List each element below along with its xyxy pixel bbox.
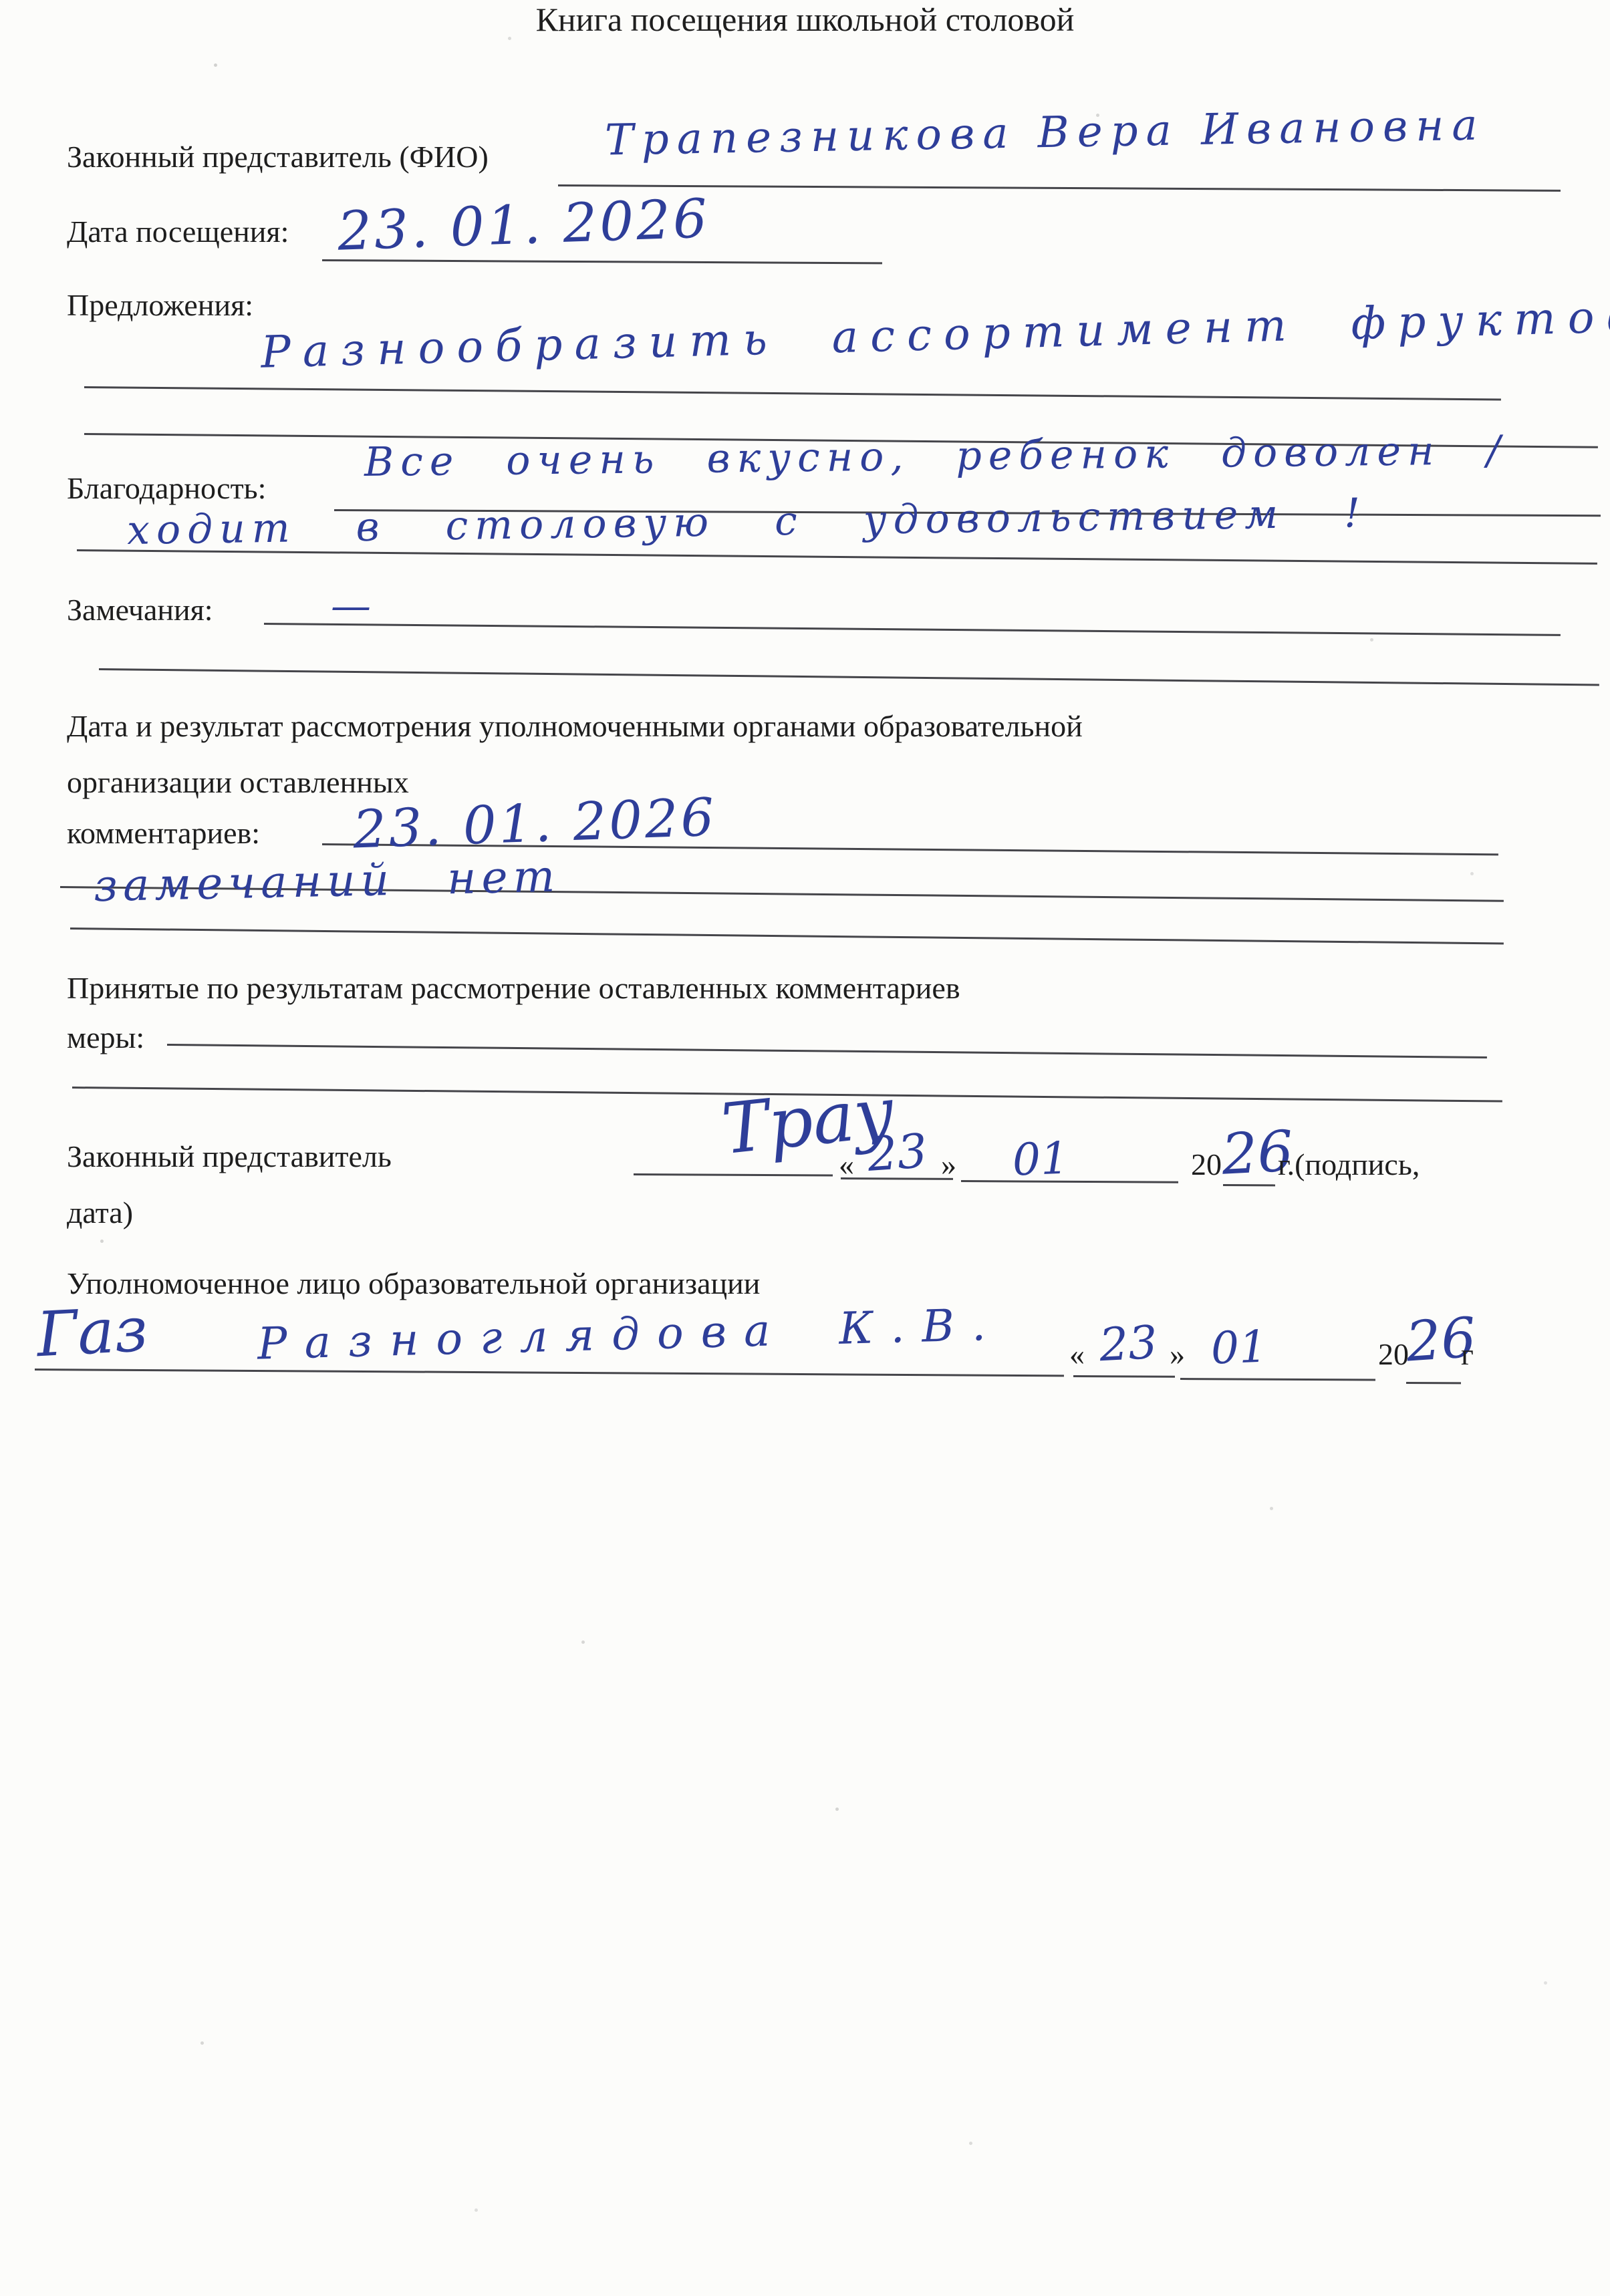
rep-sign-suffix: г.(подпись, xyxy=(1278,1147,1420,1182)
writein-line-official-month xyxy=(1180,1378,1375,1381)
measures-paragraph: Принятые по результатам рассмотрение ост… xyxy=(67,970,960,1006)
suggestions-handwritten: Разнообразить ассортимент фруктов ! xyxy=(260,288,1610,378)
writein-line-blank-2 xyxy=(70,927,1504,944)
review-paragraph-line1: Дата и результат рассмотрения уполномоче… xyxy=(67,708,1083,744)
suggestions-label: Предложения: xyxy=(67,287,253,323)
official-day-handwritten: 23 xyxy=(1098,1316,1159,1372)
gratitude-handwritten-line2: ходит в столовую с удовольствием ! xyxy=(127,490,1367,554)
review-date-handwritten: 23. 01. 2026 xyxy=(352,788,718,861)
writein-line-remarks xyxy=(264,623,1561,636)
rep-day-quote-close: » xyxy=(941,1147,956,1182)
writein-line-measures xyxy=(167,1044,1487,1058)
official-year-prefix: 20 xyxy=(1378,1336,1409,1372)
official-day-quote-open: « xyxy=(1069,1336,1085,1372)
rep-sign-suffix2: дата) xyxy=(67,1195,133,1230)
page-title: Книга посещения школьной столовой xyxy=(0,0,1610,39)
remarks-dash-handwritten: — xyxy=(331,583,371,629)
rep-month-handwritten: 01 xyxy=(1012,1133,1070,1186)
scanned-form-page: Книга посещения школьной столовой Законн… xyxy=(0,0,1610,2296)
visit-date-label: Дата посещения: xyxy=(67,214,289,249)
remarks-label: Замечания: xyxy=(67,592,213,627)
gratitude-label: Благодарность: xyxy=(67,470,266,506)
review-comments-label: комментариев: xyxy=(67,815,260,851)
writein-line-official-name xyxy=(35,1369,1064,1377)
writein-line-rep-month xyxy=(961,1180,1178,1183)
official-year-suffix: г xyxy=(1461,1336,1474,1372)
representative-name-handwritten: Трапезникова Вера Ивановна xyxy=(604,101,1486,166)
writein-line-rep-day xyxy=(841,1177,953,1180)
visit-date-handwritten: 23. 01. 2026 xyxy=(337,187,711,262)
representative-label: Законный представитель (ФИО) xyxy=(67,139,489,174)
review-paragraph-line2: организации оставленных xyxy=(67,764,409,800)
writein-line-rep-signature xyxy=(634,1173,833,1177)
rep-year-prefix: 20 xyxy=(1191,1147,1222,1182)
rep-day-handwritten: 23 xyxy=(865,1123,929,1182)
review-result-handwritten: замечаний нет xyxy=(93,851,561,912)
official-month-handwritten: 01 xyxy=(1210,1321,1268,1375)
writein-line-official-day xyxy=(1073,1375,1175,1378)
scan-dust-specks xyxy=(214,63,217,67)
official-signature-handwritten: Газ xyxy=(35,1294,149,1371)
writein-line-gratitude-2 xyxy=(77,549,1597,565)
official-day-quote-close: » xyxy=(1170,1336,1185,1372)
measures-label: меры: xyxy=(67,1020,144,1055)
writein-line-suggestions-1 xyxy=(84,386,1501,401)
gratitude-handwritten-line1: Все очень вкусно, ребенок доволен / xyxy=(364,427,1507,486)
official-label: Уполномоченное лицо образовательной орга… xyxy=(67,1266,760,1301)
writein-line-blank-1 xyxy=(99,668,1599,686)
writein-line-rep-year xyxy=(1223,1184,1275,1186)
representative-sign-label: Законный представитель xyxy=(67,1139,392,1174)
official-name-handwritten: Разноглядова К.В. xyxy=(257,1298,1004,1369)
writein-line-official-year xyxy=(1406,1382,1461,1384)
